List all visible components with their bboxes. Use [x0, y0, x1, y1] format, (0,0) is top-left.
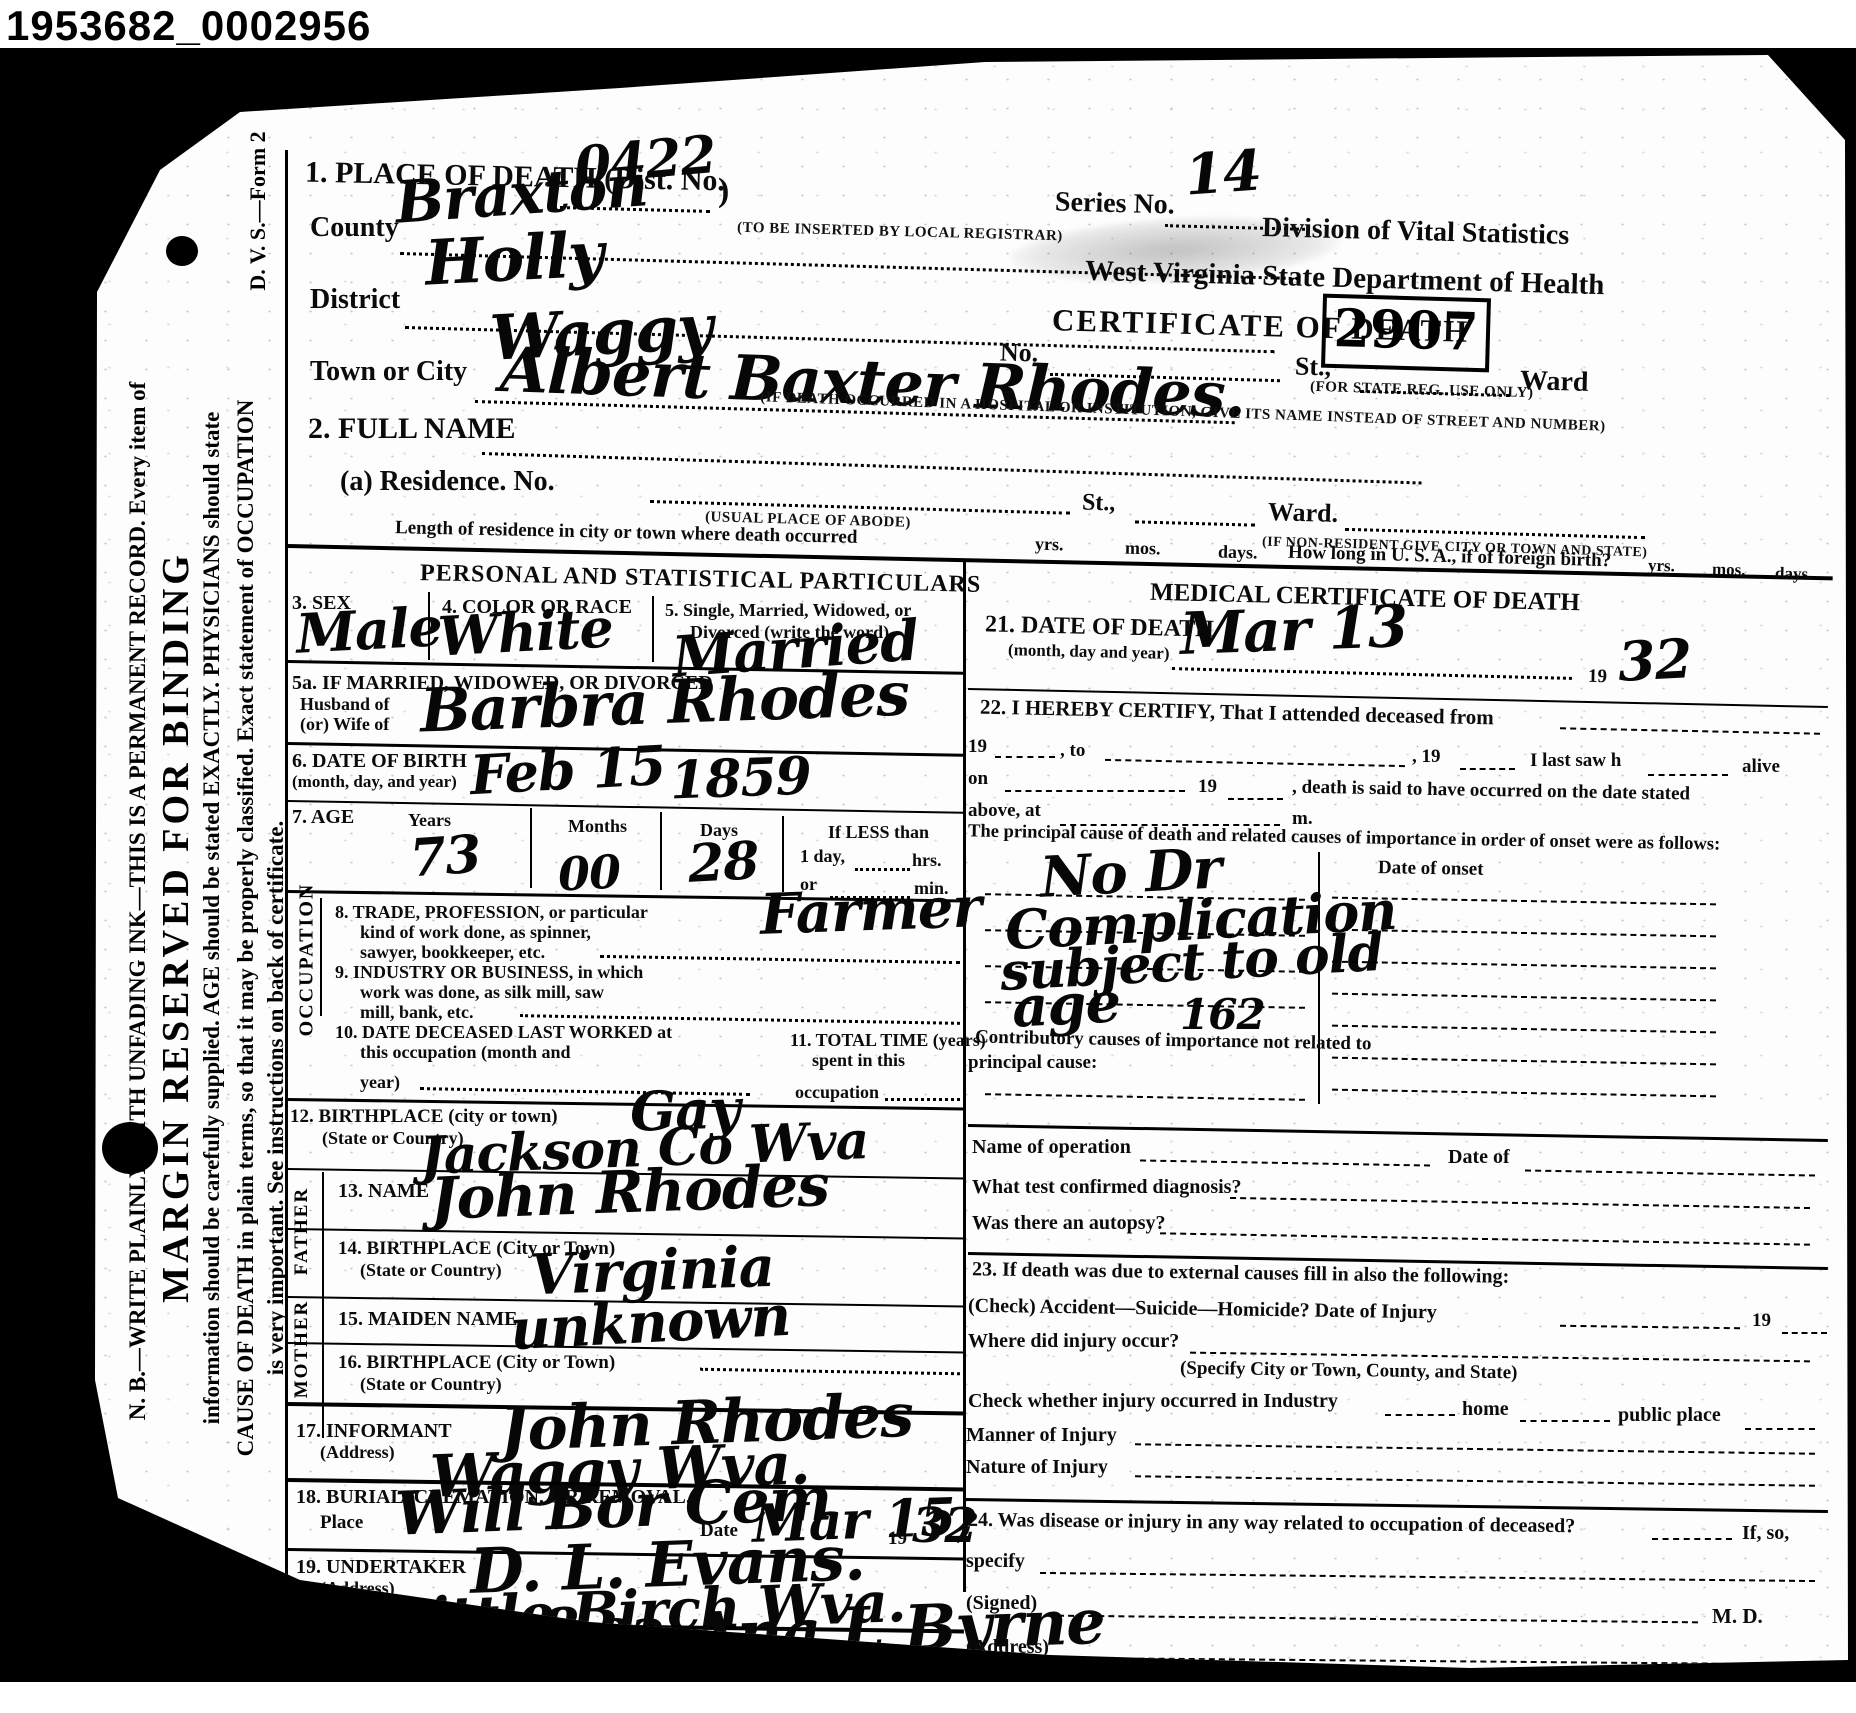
item16-label2: (State or Country) — [360, 1374, 502, 1395]
specify-city-note: (Specify City or Town, County, and State… — [1180, 1358, 1518, 1385]
margin-nb-line-2: information should be carefully supplied… — [199, 318, 225, 1518]
county-label: County — [310, 212, 399, 244]
margin-binding-note: MARGIN RESERVED FOR BINDING — [154, 427, 198, 1427]
md-label: M. D. — [1712, 1604, 1763, 1629]
dist-no-paren: ) — [718, 172, 729, 210]
district-value: Holly — [423, 217, 605, 299]
if-less-label2: 1 day, — [800, 846, 845, 867]
burial-place-label: Place — [320, 1512, 363, 1534]
residence-street-label: St., — [1082, 490, 1116, 518]
margin-form-code: D. V. S.—Form 2 — [245, 101, 271, 321]
father-side-label: FATHER — [291, 1171, 313, 1291]
street-label: St., — [1295, 352, 1332, 383]
industry-rule — [1385, 1414, 1455, 1416]
operation-date-label: Date of — [1448, 1146, 1510, 1169]
margin-nb-line-1: N. B.—WRITE PLAINLY, WITH UNFADING INK—T… — [125, 311, 151, 1491]
certificate-number: 2907 — [1333, 298, 1479, 363]
above-at-label: above, at — [968, 800, 1041, 822]
occupation-box-line — [320, 898, 322, 1016]
scan-file-number: 1953682_0002956 — [6, 2, 371, 50]
ward-label: Ward — [1520, 365, 1589, 399]
mother-box-line — [322, 1300, 324, 1438]
sex-race-divider — [428, 592, 430, 660]
item11-rule — [885, 1098, 960, 1101]
mother-side-label: MOTHER — [291, 1287, 313, 1411]
item9-label-line2: work was done, as silk mill, saw — [360, 982, 604, 1003]
town-label: Town or City — [310, 356, 467, 388]
home-label: home — [1462, 1398, 1509, 1421]
certificate-sheet: N. B.—WRITE PLAINLY, WITH UNFADING INK—T… — [0, 0, 1856, 1713]
on-19: 19 — [1198, 776, 1217, 798]
certify-rule-c — [1460, 768, 1515, 770]
if-so-label: If, so, — [1742, 1522, 1789, 1545]
public-place-label: public place — [1618, 1404, 1721, 1427]
item11-label-line3: occupation — [795, 1082, 879, 1103]
item17-label2: (Address) — [320, 1442, 395, 1463]
age-years-value: 73 — [408, 824, 482, 890]
dob-label2: (month, day, and year) — [292, 772, 457, 792]
burial-pre19: 19 — [888, 1528, 907, 1550]
age-label: 7. AGE — [292, 806, 354, 829]
item11-label-line2: spent in this — [812, 1050, 905, 1071]
alive-label: alive — [1742, 756, 1780, 778]
residence-label: (a) Residence. No. — [340, 466, 555, 498]
home-rule — [1520, 1420, 1610, 1422]
form-left-border — [285, 150, 288, 1588]
industry-line-label: Check whether injury occurred in Industr… — [968, 1390, 1338, 1413]
usa-yrs-label: yrs. — [1648, 556, 1675, 577]
death-date-value: Mar 13 — [1179, 592, 1408, 668]
death-pre19: 19 — [1588, 666, 1608, 688]
father-box-line — [322, 1172, 324, 1300]
public-rule — [1745, 1428, 1815, 1430]
dob-label: 6. DATE OF BIRTH — [292, 750, 467, 773]
certify-19b: , 19 — [1412, 746, 1441, 768]
certify-19a: 19 — [968, 736, 987, 758]
injury-19: 19 — [1752, 1310, 1771, 1332]
item9-label-line3: mill, bank, etc. — [360, 1002, 474, 1023]
item10-label-line3: year) — [360, 1072, 400, 1093]
death-year-value: 32 — [1616, 626, 1692, 694]
age-months-label: Months — [568, 816, 627, 837]
age-div1 — [530, 808, 532, 888]
certificate-number-box: 2907 — [1321, 294, 1491, 373]
item24-rule — [1652, 1538, 1732, 1540]
item10-label-line2: this occupation (month and — [360, 1042, 571, 1063]
item16-label: 16. BIRTHPLACE (City or Town) — [338, 1352, 615, 1374]
spouse-label-line1: Husband of — [300, 694, 390, 715]
item9-label-line1: 9. INDUSTRY OR BUSINESS, in which — [335, 962, 643, 983]
item8-label-line2: kind of work done, as spinner, — [360, 922, 591, 943]
spouse-label-line2: (or) Wife of — [300, 714, 389, 735]
length-mos-label: mos. — [1125, 538, 1161, 560]
last-saw-label: I last saw h — [1530, 750, 1621, 772]
full-name-label: 2. FULL NAME — [308, 412, 516, 446]
race-marital-divider — [652, 596, 654, 662]
usa-days-label: days. — [1775, 564, 1813, 585]
on-label: on — [968, 768, 988, 790]
test-label: What test confirmed diagnosis? — [972, 1176, 1241, 1199]
scanned-death-certificate-page: { "scan": { "file_number": "1953682_0002… — [0, 0, 1856, 1713]
certify-rule-a — [995, 756, 1055, 758]
occupation-value: Farmer — [759, 874, 982, 948]
item13-label: 13. NAME — [338, 1180, 429, 1203]
item8-label-line3: sawyer, bookkeeper, etc. — [360, 942, 545, 963]
dob-year-value: 1859 — [669, 746, 812, 812]
specify-label: specify — [966, 1550, 1025, 1573]
contributory-label-line2: principal cause: — [968, 1052, 1097, 1074]
race-value: White — [436, 595, 614, 668]
age-div2 — [660, 812, 662, 890]
where-injury-label: Where did injury occur? — [968, 1330, 1179, 1353]
item14-label2: (State or Country) — [360, 1260, 502, 1281]
if-less-label1: If LESS than — [828, 822, 929, 843]
hrs-label: hrs. — [912, 850, 942, 871]
ink-blot-mark — [166, 236, 198, 266]
injury-19-rule — [1782, 1332, 1827, 1334]
last-saw-rule — [1648, 774, 1728, 776]
father-name-value: John Rhodes — [429, 1151, 830, 1233]
usa-mos-label: mos. — [1712, 560, 1746, 581]
item8-label-line1: 8. TRADE, PROFESSION, or particular — [335, 902, 648, 923]
item10-label-line1: 10. DATE DECEASED LAST WORKED at — [335, 1022, 672, 1043]
length-days-label: days. — [1218, 542, 1258, 564]
age-days-value: 28 — [686, 830, 759, 895]
hole-punch-mark — [102, 1122, 158, 1174]
item21-label2: (month, day and year) — [1008, 640, 1170, 664]
on-rule — [1005, 790, 1185, 792]
margin-nb-line-3: CAUSE OF DEATH in plain terms, so that i… — [233, 308, 259, 1548]
operation-label: Name of operation — [972, 1136, 1131, 1159]
length-yrs-label: yrs. — [1035, 534, 1064, 556]
item11-label-line1: 11. TOTAL TIME (years) — [790, 1030, 986, 1051]
nature-injury-label: Nature of Injury — [966, 1456, 1108, 1479]
residence-ward-label: Ward. — [1268, 497, 1339, 529]
certify-to: , to — [1060, 740, 1085, 762]
occupation-side-label: OCCUPATION — [296, 865, 319, 1055]
district-label: District — [310, 284, 400, 316]
hrs-rule — [855, 868, 910, 871]
dob-value: Feb 15 — [468, 733, 667, 807]
autopsy-label: Was there an autopsy? — [972, 1212, 1166, 1235]
item17-label: 17. INFORMANT — [296, 1420, 452, 1443]
series-no-label: Series No. — [1055, 186, 1176, 221]
sex-value: Male — [294, 594, 443, 666]
series-no-value: 14 — [1183, 137, 1263, 208]
on-19-rule — [1228, 798, 1283, 800]
item19-label: 19. UNDERTAKER — [296, 1556, 466, 1579]
signed-label: (Signed) — [966, 1592, 1037, 1615]
manner-injury-label: Manner of Injury — [966, 1424, 1117, 1447]
item15-label: 15. MAIDEN NAME — [338, 1308, 517, 1331]
